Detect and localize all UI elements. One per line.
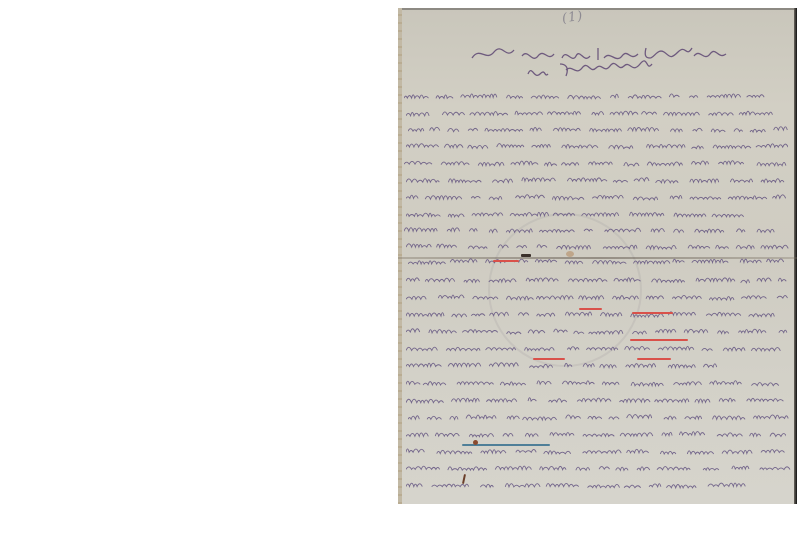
handwritten-line: [406, 138, 788, 152]
handwritten-line: [406, 375, 790, 389]
stain-spot: [521, 254, 531, 257]
red-underline: [637, 358, 671, 360]
handwritten-line: [406, 272, 788, 286]
handwritten-line: [406, 105, 784, 119]
handwritten-line: [406, 189, 790, 203]
page-number-mark: (1): [561, 9, 584, 27]
page-left-edge: [398, 8, 402, 504]
handwritten-line: [404, 155, 788, 169]
handwritten-line: [406, 426, 786, 440]
handwritten-line: [406, 289, 790, 303]
title-line-2: του Υψηλαντου: [526, 60, 797, 86]
red-underline: [630, 339, 688, 341]
handwritten-line: [408, 409, 792, 423]
red-underline: [632, 312, 673, 314]
ink-spot: [473, 440, 478, 445]
document-viewer: (1) Περί ευεργεσιών του Κυρίου Αλεξανδρο…: [0, 0, 800, 549]
red-underline: [533, 358, 565, 360]
handwritten-line: [404, 222, 782, 236]
handwritten-line: [406, 340, 786, 354]
handwritten-line: [408, 121, 788, 135]
handwritten-line: [408, 253, 784, 267]
handwritten-line: [406, 477, 756, 491]
stain-spot: [566, 251, 574, 257]
handwritten-line: [406, 323, 788, 337]
handwritten-line: [406, 172, 786, 186]
handwritten-line: [406, 460, 792, 474]
handwritten-line: [406, 357, 730, 371]
handwritten-line: [406, 238, 790, 252]
handwriting-title-2: [526, 60, 676, 82]
red-underline: [579, 308, 602, 310]
red-underline: [493, 260, 519, 262]
handwritten-line: [404, 88, 776, 102]
handwritten-line: [406, 392, 786, 406]
body-text-note: Cursive handwritten text, not legible at…: [0, 0, 1, 1]
handwritten-line: [406, 206, 746, 220]
manuscript-page: (1) Περί ευεργεσιών του Κυρίου Αλεξανδρο…: [398, 8, 797, 504]
